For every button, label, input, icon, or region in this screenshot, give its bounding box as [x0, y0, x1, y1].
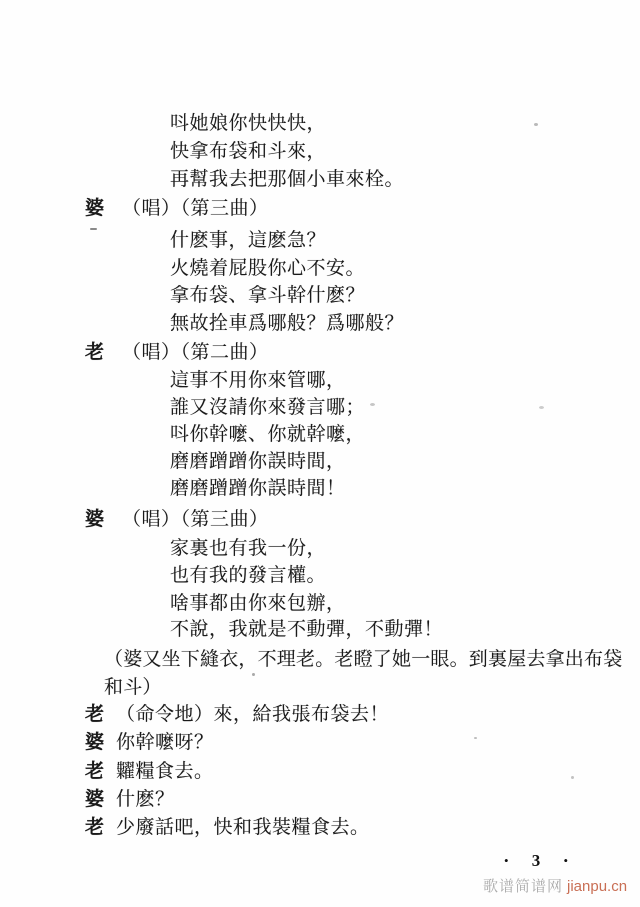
page-number-row: • 3 • — [504, 851, 568, 871]
watermark-site-name: 歌谱简谱网 — [483, 878, 563, 895]
page-number: 3 — [532, 851, 541, 871]
lyric-line: 也有我的發言權。 — [0, 564, 640, 590]
heading-text: （唱）（第二曲） — [122, 341, 269, 365]
scan-speck — [90, 228, 97, 230]
scanned-script-page: 呌她娘你快快快， 快拿布袋和斗來， 再幫我去把那個小車來栓。 婆 （唱）（第三曲… — [0, 0, 640, 907]
scan-speck — [539, 406, 544, 409]
lyric-text: 快拿布袋和斗來， — [170, 140, 326, 164]
speaker-heading-line: 婆 （唱）（第三曲） — [0, 197, 640, 223]
lyric-text: 不說，我就是不動彈，不動彈！ — [170, 618, 443, 642]
lyric-text: 無故拴車爲哪般？爲哪般？ — [170, 312, 404, 336]
page-number-dot: • — [563, 851, 568, 871]
lyric-text: 什麽事，這麽急？ — [170, 229, 326, 253]
lyric-text: 呌她娘你快快快， — [170, 112, 326, 136]
lyric-line: 拿布袋、拿斗幹什麽？ — [0, 284, 640, 310]
speaker-label: 老 — [85, 703, 105, 727]
lyric-text: 磨磨蹭蹭你誤時間！ — [170, 477, 346, 501]
heading-text: （唱）（第三曲） — [122, 508, 269, 532]
dialogue-text: 什麽？ — [116, 788, 175, 812]
lyric-line: 家裏也有我一份， — [0, 537, 640, 563]
dialogue-text: 你幹嚒呀？ — [116, 731, 214, 755]
watermark-site-url: jianpu.cn — [567, 878, 627, 895]
lyric-text: 火燒着屁股你心不安。 — [170, 257, 365, 281]
stage-direction-text: （婆又坐下縫衣，不理老。老瞪了她一眼。到裏屋去拿出布袋 — [104, 648, 622, 672]
scan-speck — [252, 673, 255, 676]
page-number-dot: • — [504, 851, 509, 871]
lyric-text: 啥事都由你來包辦， — [170, 592, 346, 616]
dialogue-line: 婆 什麽？ — [0, 788, 640, 814]
lyric-text: 再幫我去把那個小車來栓。 — [170, 168, 404, 192]
scan-speck — [474, 737, 477, 739]
lyric-line: 呌你幹嚒、你就幹嚒， — [0, 423, 640, 449]
dialogue-text: （命令地）來，給我張布袋去！ — [116, 703, 389, 727]
lyric-text: 磨磨蹭蹭你誤時間， — [170, 450, 346, 474]
lyric-text: 拿布袋、拿斗幹什麽？ — [170, 284, 365, 308]
speaker-label: 婆 — [85, 788, 105, 812]
speaker-label: 老 — [85, 341, 105, 365]
scan-speck — [534, 123, 538, 126]
speaker-label: 老 — [85, 816, 105, 840]
speaker-label: 婆 — [85, 197, 105, 221]
stage-direction-line: （婆又坐下縫衣，不理老。老瞪了她一眼。到裏屋去拿出布袋 — [0, 648, 640, 674]
dialogue-line: 老 （命令地）來，給我張布袋去！ — [0, 703, 640, 729]
lyric-line: 誰又沒請你來發言哪； — [0, 396, 640, 422]
scan-speck — [370, 403, 375, 406]
lyric-text: 誰又沒請你來發言哪； — [170, 396, 365, 420]
dialogue-text: 糶糧食去。 — [116, 760, 214, 784]
lyric-line: 啥事都由你來包辦， — [0, 592, 640, 618]
watermark: 歌谱简谱网jianpu.cn — [483, 877, 627, 897]
stage-direction-text: 和斗） — [104, 676, 162, 700]
speaker-label: 婆 — [85, 731, 105, 755]
lyric-text: 也有我的發言權。 — [170, 564, 326, 588]
lyric-line: 磨磨蹭蹭你誤時間， — [0, 450, 640, 476]
lyric-line: 快拿布袋和斗來， — [0, 140, 640, 166]
lyric-line: 再幫我去把那個小車來栓。 — [0, 168, 640, 194]
lyric-line: 呌她娘你快快快， — [0, 112, 640, 138]
dialogue-line: 婆 你幹嚒呀？ — [0, 731, 640, 757]
lyric-line: 什麽事，這麽急？ — [0, 229, 640, 255]
scan-speck — [571, 776, 574, 779]
lyric-line: 火燒着屁股你心不安。 — [0, 257, 640, 283]
dialogue-line: 老 少廢話吧，快和我裝糧食去。 — [0, 816, 640, 842]
lyric-text: 家裏也有我一份， — [170, 537, 326, 561]
speaker-label: 老 — [85, 760, 105, 784]
speaker-heading-line: 婆 （唱）（第三曲） — [0, 508, 640, 534]
lyric-line: 磨磨蹭蹭你誤時間！ — [0, 477, 640, 503]
stage-direction-line: 和斗） — [0, 676, 640, 702]
speaker-label: 婆 — [85, 508, 105, 532]
heading-text: （唱）（第三曲） — [122, 197, 269, 221]
lyric-line: 這事不用你來管哪， — [0, 369, 640, 395]
dialogue-text: 少廢話吧，快和我裝糧食去。 — [116, 816, 370, 840]
lyric-text: 這事不用你來管哪， — [170, 369, 346, 393]
lyric-text: 呌你幹嚒、你就幹嚒， — [170, 423, 365, 447]
lyric-line: 無故拴車爲哪般？爲哪般？ — [0, 312, 640, 338]
lyric-line: 不說，我就是不動彈，不動彈！ — [0, 618, 640, 644]
dialogue-line: 老 糶糧食去。 — [0, 760, 640, 786]
speaker-heading-line: 老 （唱）（第二曲） — [0, 341, 640, 367]
